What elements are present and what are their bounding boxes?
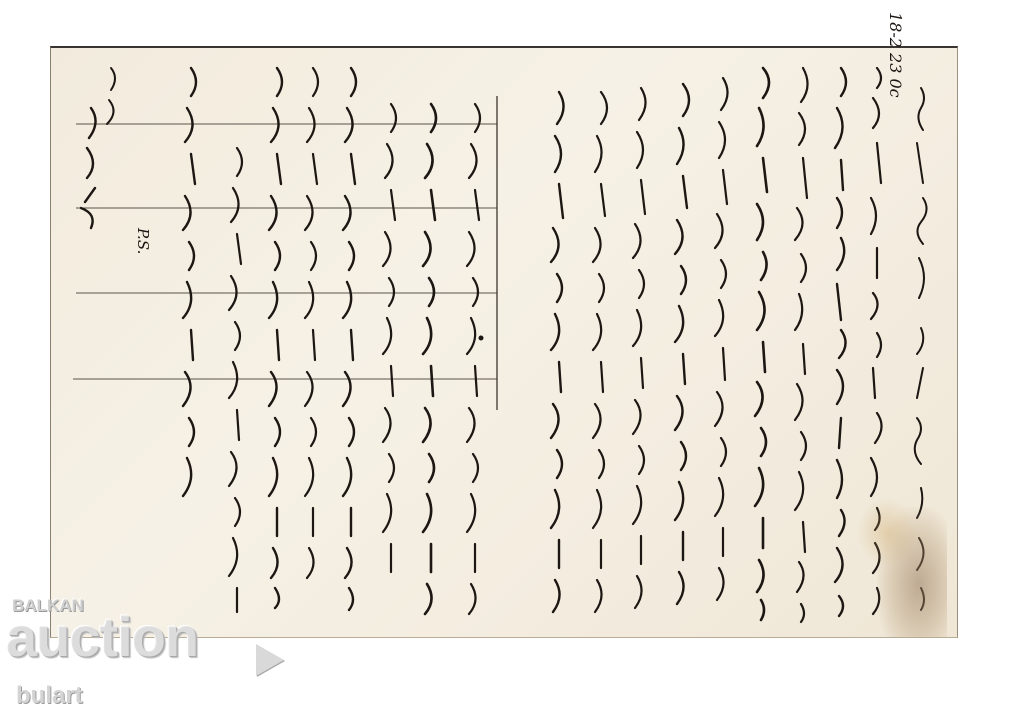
water-stain-light: [857, 497, 917, 567]
postscript-label: P.S.: [134, 228, 152, 254]
watermark-sub-text: bulart: [16, 682, 83, 710]
postcard-date: 18-2 23 0c: [886, 12, 905, 98]
watermark-main-text: auction: [6, 604, 198, 669]
handwriting-layer: [51, 48, 959, 640]
postcard-back: [50, 46, 958, 638]
play-arrow-icon: [256, 644, 284, 676]
shorthand-text: [81, 68, 927, 622]
